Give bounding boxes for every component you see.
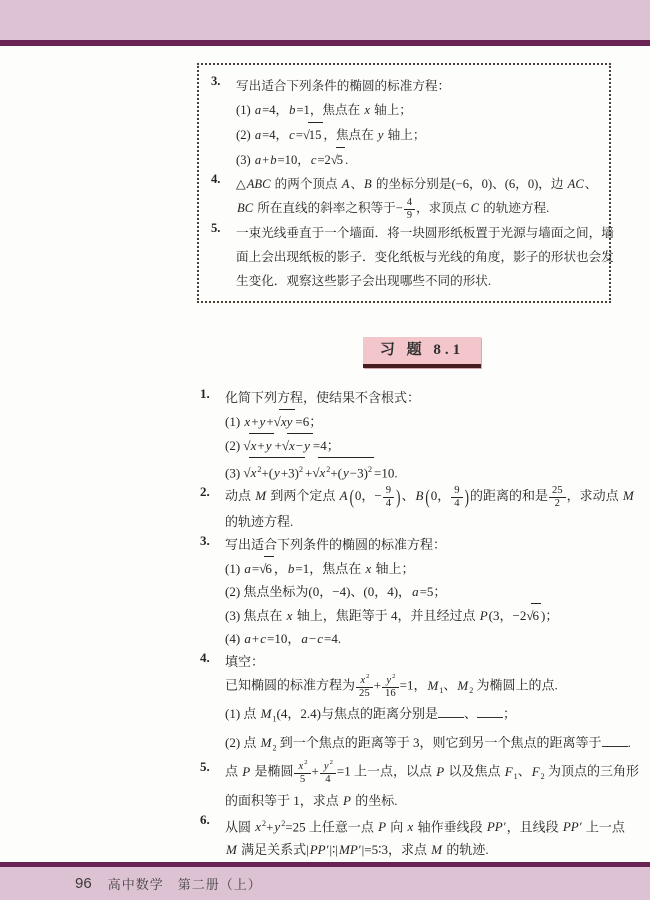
variable: ABC [246,177,272,191]
variable: y [265,438,273,453]
text-line: 动点 M 到两个定点 A(0，−94)、B(0，94)的距离的和是252，求动点… [225,484,630,510]
variable: xy [280,414,294,429]
text-line: 写出适合下列条件的椭圆的标准方程： [225,533,630,556]
variable: P [377,819,387,834]
problem-number: 1. [200,386,210,402]
variable: M [225,842,238,857]
variable: F [531,764,541,779]
variable: B [363,177,373,191]
variable: x [407,819,415,834]
subscript: 1 [273,715,277,724]
text-line: (3) 焦点在 x 轴上，焦距等于 4，并且经过点 P(3，−2√6)； [225,603,630,627]
variable: F [504,764,514,779]
superscript: 2 [392,673,395,680]
problem: 4.△ABC 的两个顶点 A、B 的坐标分别是(−6，0)、(6，0)，边 AC… [211,172,601,221]
math-sqrt: √x−y [282,438,313,453]
variable: c [288,128,296,142]
math-fraction: 49 [404,197,415,222]
problem-number: 2. [200,484,210,500]
subscript: 2 [541,773,545,782]
math-sqrt: √xy [274,414,296,429]
big-paren: ) [465,479,469,515]
variable: P [479,608,489,623]
radicand: x2+(y−3)2 [318,457,374,484]
text-line: (3) a+b=10，c=2√5. [236,147,601,172]
math-sqrt: √15 [303,128,324,142]
math-fraction: y24 [320,759,336,786]
text-line: (2) 点 M2 到一个焦点的距离等于 3，则它到另一个焦点的距离等于. [225,731,630,760]
text-line: 点 P 是椭圆x25+y24=1 上一点，以点 P 以及焦点 F1、F2 为顶点… [225,759,630,788]
variable: M [456,678,469,693]
variable: y [273,465,281,480]
variable: x [363,103,371,117]
problem-body: 从圆 x2+y2=25 上任意一点 P 向 x 轴作垂线段 PP′，且线段 PP… [225,812,630,861]
variable: M [622,488,635,503]
variable: AC [567,177,585,191]
problem-body: 写出适合下列条件的椭圆的标准方程：(1) a=4，b=1，焦点在 x 轴上；(2… [236,74,601,172]
top-margin-band [0,0,650,40]
variable: c [310,153,318,167]
bottom-margin-band: 96 高中数学 第二册（上） [0,867,650,900]
problem-number: 3. [211,74,220,89]
math-sqrt: √6 [526,608,541,623]
superscript: 2 [366,673,369,680]
text-line: (2) 焦点坐标为(0，−4)、(0，4)，a=5； [225,580,630,603]
problem-number: 5. [211,221,220,236]
math-fraction: 252 [549,485,566,511]
big-paren: ( [425,479,429,515]
fraction-denominator: 5 [294,773,310,786]
text-line: (4) a+c=10，a−c=4. [225,627,630,650]
variable: B [414,488,424,503]
radicand: 6 [264,556,274,580]
variable: a [254,103,262,117]
fraction-denominator: 4 [320,773,336,786]
fraction-denominator: 25 [356,687,373,700]
review-exercise-box: 3.写出适合下列条件的椭圆的标准方程：(1) a=4，b=1，焦点在 x 轴上；… [197,63,611,303]
variable: M [260,735,273,750]
superscript: 2 [299,465,303,474]
text-line: BC 所在直线的斜率之积等于−49，求顶点 C 的轨迹方程. [236,196,601,221]
problem: 4.填空：已知椭圆的标准方程为x225+y216=1，M1、M2 为椭圆上的点.… [200,650,630,759]
variable: c [259,631,267,646]
variable: MP′ [338,842,362,857]
math-sqrt: √x2+(y−3)2 [312,465,374,480]
fraction-numerator: 25 [549,485,566,497]
fraction-numerator: x2 [294,759,310,773]
problem: 3.写出适合下列条件的椭圆的标准方程：(1) a=4，b=1，焦点在 x 轴上；… [211,74,601,172]
superscript: 2 [257,465,261,474]
fill-in-blank [477,705,503,718]
subscript: 1 [439,686,443,695]
fill-in-blank [602,733,628,746]
problem-body: 一束光线垂直于一个墙面．将一块圆形纸板置于光源与墙面之间，墙面上会出现纸板的影子… [236,221,601,293]
text-line: (2) a=4，c=√15，焦点在 y 轴上； [236,122,601,147]
text-line: 的面积等于 1，求点 P 的坐标. [225,789,630,812]
variable: x [250,438,258,453]
math-fraction: 94 [451,485,462,511]
text-line: 写出适合下列条件的椭圆的标准方程： [236,74,601,98]
problem: 5.点 P 是椭圆x25+y24=1 上一点，以点 P 以及焦点 F1、F2 为… [200,759,630,811]
superscript: 2 [304,759,307,766]
text-line: 面上会出现纸板的影子．变化纸板与光线的角度，影子的形状也会发 [236,245,601,269]
variable: P [241,764,251,779]
text-line: 从圆 x2+y2=25 上任意一点 P 向 x 轴作垂线段 PP′，且线段 PP… [225,812,630,838]
variable: x [288,438,296,453]
text-line: M 满足关系式|PP′|∶|MP′|=5∶3，求点 M 的轨迹. [225,838,630,861]
problem: 6.从圆 x2+y2=25 上任意一点 P 向 x 轴作垂线段 PP′，且线段 … [200,812,630,861]
radicand: x−y [287,433,313,457]
fraction-numerator: y2 [382,673,399,687]
fraction-numerator: x2 [356,673,373,687]
problem-body: 动点 M 到两个定点 A(0，−94)、B(0，94)的距离的和是252，求动点… [225,484,630,533]
problem-body: △ABC 的两个顶点 A、B 的坐标分别是(−6，0)、(6，0)，边 AC、B… [236,172,601,221]
problem: 2.动点 M 到两个定点 A(0，−94)、B(0，94)的距离的和是252，求… [200,484,630,533]
variable: P [435,764,445,779]
box-problems: 3.写出适合下列条件的椭圆的标准方程：(1) a=4，b=1，焦点在 x 轴上；… [211,74,601,293]
problem-number: 4. [211,172,220,187]
text-line: (2) √x+y+√x−y=4； [225,433,630,457]
variable: M [254,488,267,503]
text-line: 生变化．观察这些影子会出现哪些不同的形状. [236,269,601,293]
variable: a [254,153,262,167]
radicand: xy [279,409,296,433]
variable: y [377,128,385,142]
text-line: 一束光线垂直于一个墙面．将一块圆形纸板置于光源与墙面之间，墙 [236,221,601,245]
subscript: 2 [469,686,473,695]
problem: 5.一束光线垂直于一个墙面．将一块圆形纸板置于光源与墙面之间，墙面上会出现纸板的… [211,221,601,293]
superscript: 2 [262,819,266,828]
variable: a [243,631,252,646]
math-sqrt: √x2+(y+3)2 [243,465,305,480]
variable: x [365,561,373,576]
problem-body: 填空：已知椭圆的标准方程为x225+y216=1，M1、M2 为椭圆上的点.(1… [225,650,630,759]
radicand: x2+(y+3)2 [249,457,305,484]
big-paren: ) [396,479,400,515]
top-rule [0,40,650,46]
page-number: 96 [75,875,92,892]
variable: PP′ [486,819,507,834]
math-fraction: 94 [383,485,394,511]
section-title: 习 题 8.1 [380,342,464,358]
text-line: (1) x+y+√xy=6； [225,409,630,433]
text-line: (1) a=√6，b=1，焦点在 x 轴上； [225,556,630,580]
math-fraction: x225 [356,673,373,700]
text-line: 填空： [225,650,630,673]
radicand: 15 [308,122,324,147]
fraction-numerator: 4 [404,197,415,209]
radicand: 6 [531,603,541,627]
variable: P [342,793,352,808]
variable: a [411,584,420,599]
problem-number: 3. [200,533,210,549]
fraction-denominator: 4 [451,497,462,510]
fraction-denominator: 2 [549,497,566,510]
fraction-denominator: 4 [383,497,394,510]
variable: y [323,761,330,772]
problem-body: 点 P 是椭圆x25+y24=1 上一点，以点 P 以及焦点 F1、F2 为顶点… [225,759,630,811]
math-sqrt: √5 [331,153,345,167]
text-line: (1) 点 M1(4，2.4)与焦点的距离分别是、； [225,702,630,731]
superscript: 2 [330,759,333,766]
textbook-page: 3.写出适合下列条件的椭圆的标准方程：(1) a=4，b=1，焦点在 x 轴上；… [0,0,650,900]
variable: c [316,631,324,646]
variable: y [259,414,267,429]
variable: PP′ [562,819,583,834]
fraction-numerator: 9 [383,485,394,497]
variable: M [260,706,273,721]
problem-body: 化简下列方程，使结果不含根式：(1) x+y+√xy=6；(2) √x+y+√x… [225,386,630,484]
fraction-denominator: 9 [404,209,415,222]
subscript: 2 [273,743,277,752]
variable: a [254,128,262,142]
fraction-numerator: 9 [451,485,462,497]
variable: A [341,177,351,191]
fraction-denominator: 16 [382,687,399,700]
variable: a [300,631,309,646]
variable: BC [236,201,254,215]
radicand: x+y [249,433,275,457]
variable: y [303,438,311,453]
text-line: 化简下列方程，使结果不含根式： [225,386,630,409]
superscript: 2 [326,465,330,474]
superscript: 2 [368,465,372,474]
section-header: 习 题 8.1 [363,337,481,368]
subscript: 1 [514,773,518,782]
variable: PP′ [309,842,330,857]
problem-number: 4. [200,650,210,666]
fraction-numerator: y2 [320,759,336,773]
radicand: 5 [336,147,345,172]
variable: b [287,561,296,576]
variable: M [427,678,440,693]
problem-number: 6. [200,812,210,828]
superscript: 2 [281,819,285,828]
math-fraction: x25 [294,759,310,786]
book-title: 高中数学 第二册（上） [108,874,262,893]
variable: a [243,561,252,576]
math-fraction: y216 [382,673,399,700]
problem-body: 写出适合下列条件的椭圆的标准方程：(1) a=√6，b=1，焦点在 x 轴上；(… [225,533,630,650]
variable: A [339,488,349,503]
variable: b [288,103,296,117]
variable: M [430,842,443,857]
math-sqrt: √6 [259,561,274,576]
variable: b [269,153,277,167]
variable: x [243,414,251,429]
variable: x [286,608,294,623]
exercise-problems: 1.化简下列方程，使结果不含根式：(1) x+y+√xy=6；(2) √x+y+… [200,386,630,861]
big-paren: ( [350,479,354,515]
problem-number: 5. [200,759,210,775]
variable: x [254,819,262,834]
text-line: (1) a=4，b=1，焦点在 x 轴上； [236,98,601,122]
text-line: 已知椭圆的标准方程为x225+y216=1，M1、M2 为椭圆上的点. [225,673,630,702]
problem: 3.写出适合下列条件的椭圆的标准方程：(1) a=√6，b=1，焦点在 x 轴上… [200,533,630,650]
fill-in-blank [438,705,464,718]
problem: 1.化简下列方程，使结果不含根式：(1) x+y+√xy=6；(2) √x+y+… [200,386,630,484]
variable: C [470,201,480,215]
text-line: △ABC 的两个顶点 A、B 的坐标分别是(−6，0)、(6，0)，边 AC、 [236,172,601,196]
math-sqrt: √x+y [243,438,274,453]
